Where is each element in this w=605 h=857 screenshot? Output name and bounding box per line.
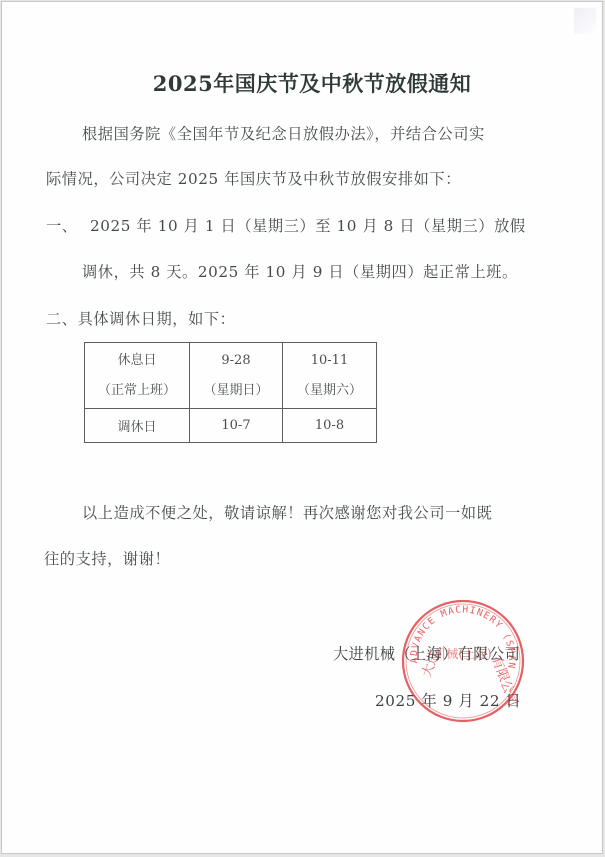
table-row-label: 休息日 （正常上班） xyxy=(85,343,190,409)
list-item-1-text: 2025 年 10 月 1 日（星期三）至 10 月 8 日（星期三）放假 xyxy=(90,217,526,235)
table-row-rest-days: 休息日 （正常上班） 9-28 （星期日） 10-11 （星期六） xyxy=(85,343,377,409)
closing-paragraph-line-1: 以上造成不便之处，敬请谅解！再次感谢您对我公司一如既 xyxy=(82,502,492,523)
company-signature: 大进机械（上海）有限公司 xyxy=(333,643,520,664)
intro-paragraph-line-1: 根据国务院《全国年节及纪念日放假办法》，并结合公司实 xyxy=(82,123,485,144)
list-marker-1: 一、 xyxy=(46,215,90,236)
list-item-2: 二、具体调休日期，如下： xyxy=(46,308,235,329)
table-cell: 9-28 （星期日） xyxy=(190,343,283,409)
schedule-table: 休息日 （正常上班） 9-28 （星期日） 10-11 （星期六） 调休日 10… xyxy=(84,342,377,443)
table-row-label: 调休日 xyxy=(85,409,190,443)
table-row-compensatory-days: 调休日 10-7 10-8 xyxy=(85,409,377,443)
document-title: 2025年国庆节及中秋节放假通知 xyxy=(2,68,602,98)
intro-paragraph-line-2: 际情况，公司决定 2025 年国庆节及中秋节放假安排如下： xyxy=(46,168,461,189)
document-page: 2025年国庆节及中秋节放假通知 根据国务院《全国年节及纪念日放假办法》，并结合… xyxy=(1,1,603,854)
list-item-1-line-1: 一、2025 年 10 月 1 日（星期三）至 10 月 8 日（星期三）放假 xyxy=(46,215,526,236)
list-item-1-line-2: 调休，共 8 天。2025 年 10 月 9 日（星期四）起正常上班。 xyxy=(82,261,518,282)
table-cell: 10-8 xyxy=(283,409,377,443)
signature-date: 2025 年 9 月 22 日 xyxy=(375,690,521,711)
scan-artifact xyxy=(574,8,596,34)
table-cell: 10-7 xyxy=(190,409,283,443)
table-cell: 10-11 （星期六） xyxy=(283,343,377,409)
closing-paragraph-line-2: 往的支持，谢谢！ xyxy=(44,548,170,569)
